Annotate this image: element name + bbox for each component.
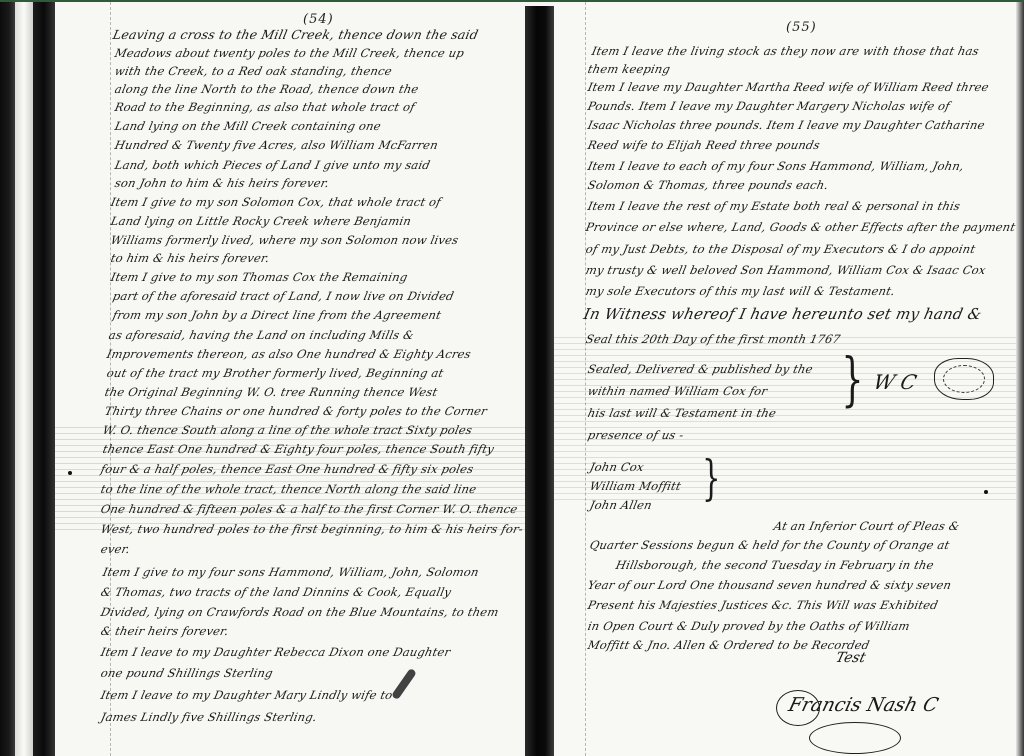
left-binding-gap	[15, 2, 33, 756]
witness-brace: }	[702, 454, 720, 502]
attestation-line: his last will & Testament in the	[587, 406, 778, 420]
text-line: Land, both which Pieces of Land I give u…	[114, 158, 432, 172]
left-binding-edge	[0, 2, 15, 756]
text-line: One hundred & fifteen poles & a half to …	[100, 502, 519, 516]
witness-name: John Allen	[589, 498, 654, 512]
text-line: my sole Executors of this my last will &…	[585, 284, 897, 298]
text-line: Hundred & Twenty five Acres, also Willia…	[114, 138, 440, 152]
text-line: as aforesaid, having the Land on includi…	[108, 328, 416, 342]
text-line: Item I give to my son Solomon Cox, that …	[110, 195, 443, 209]
text-line: Item I leave to each of my four Sons Ham…	[587, 159, 966, 173]
text-line: Thirty three Chains or one hundred & for…	[104, 404, 489, 418]
witness-name: John Cox	[589, 460, 646, 474]
top-border-rule	[0, 0, 1024, 2]
court-line: Present his Majesties Justices &c. This …	[587, 598, 940, 612]
text-line: James Lindly five Shillings Sterling.	[100, 710, 319, 724]
text-line: to him & his heirs forever.	[110, 251, 271, 265]
text-line: Land lying on the Mill Creek containing …	[114, 119, 383, 133]
text-line: Pounds. Item I leave my Daughter Margery…	[587, 99, 952, 113]
witness-name: William Moffitt	[589, 479, 683, 493]
text-line: thence East One hundred & Eighty four po…	[102, 442, 496, 456]
ink-dot	[984, 490, 988, 494]
text-line: Solomon & Thomas, three pounds each.	[587, 178, 830, 192]
text-line: Item I leave the rest of my Estate both …	[587, 199, 962, 213]
text-line: Road to the Beginning, as also that whol…	[114, 100, 417, 114]
text-line: to the line of the whole tract, thence N…	[100, 482, 478, 496]
page-number-left: (54)	[303, 12, 334, 27]
text-line: & their heirs forever.	[100, 624, 231, 638]
text-line: Province or else where, Land, Goods & ot…	[585, 220, 1016, 234]
text-line: Item I leave my Daughter Martha Reed wif…	[587, 80, 991, 94]
court-line: Moffitt & Jno. Allen & Ordered to be Rec…	[587, 638, 871, 652]
center-binding-gutter	[525, 6, 554, 756]
text-line: Item I leave to my Daughter Mary Lindly …	[100, 688, 394, 702]
signature-flourish	[776, 690, 820, 726]
attestation-brace: }	[841, 350, 863, 408]
text-line: Item I leave the living stock as they no…	[591, 44, 981, 58]
right-page: (55) Item I leave the living stock as th…	[554, 2, 1016, 756]
text-line: my trusty & well beloved Son Hammond, Wi…	[585, 263, 988, 277]
text-line: Seal this 20th Day of the first month 17…	[585, 332, 842, 346]
court-line: At an Inferior Court of Pleas &	[773, 519, 961, 533]
attestation-line: within named William Cox for	[587, 384, 769, 398]
signature-flourish	[809, 722, 901, 754]
text-line: Meadows about twenty poles to the Mill C…	[114, 46, 466, 60]
page-number-right: (55)	[786, 20, 817, 35]
text-line: Isaac Nicholas three pounds. Item I leav…	[587, 118, 987, 132]
text-line: one pound Shillings Sterling	[100, 666, 275, 680]
text-line: son John to him & his heirs forever.	[114, 176, 331, 190]
right-page-margin-rule	[585, 2, 586, 756]
text-line: Leaving a cross to the Mill Creek, thenc…	[112, 28, 480, 42]
text-line: Divided, lying on Crawfords Road on the …	[100, 605, 501, 619]
attestation-line: Sealed, Delivered & published by the	[587, 362, 815, 376]
text-line: Land lying on Little Rocky Creek where B…	[110, 214, 413, 228]
text-line: Williams formerly lived, where my son So…	[110, 233, 460, 247]
text-line: along the line North to the Road, thence…	[114, 82, 421, 96]
text-line: Item I give to my son Thomas Cox the Rem…	[110, 270, 409, 284]
text-line: out of the tract my Brother formerly liv…	[106, 366, 445, 380]
text-line: with the Creek, to a Red oak standing, t…	[114, 64, 394, 78]
court-line: Hillsborough, the second Tuesday in Febr…	[615, 558, 936, 572]
attestation-line: presence of us -	[587, 428, 686, 442]
wax-seal-icon	[934, 358, 994, 400]
text-line: Reed wife to Elijah Reed three pounds	[587, 138, 822, 152]
court-line: in Open Court & Duly proved by the Oaths…	[587, 619, 912, 633]
text-line: them keeping	[587, 62, 672, 76]
text-line: W. O. thence South along a line of the w…	[102, 423, 474, 437]
test-label: Test	[834, 650, 867, 666]
text-line: four & a half poles, thence East One hun…	[100, 462, 475, 476]
text-line: the Original Beginning W. O. tree Runnin…	[104, 385, 439, 399]
text-line: part of the aforesaid tract of Land, I n…	[112, 289, 456, 303]
right-page-edge	[1016, 2, 1024, 756]
left-binding-band	[33, 2, 55, 756]
court-line: Year of our Lord One thousand seven hund…	[587, 578, 953, 592]
text-line: from my son John by a Direct line from t…	[112, 308, 443, 322]
text-line: West, two hundred poles to the first beg…	[100, 522, 525, 536]
text-line: Improvements thereon, as also One hundre…	[106, 347, 473, 361]
text-line: Item I leave to my Daughter Rebecca Dixo…	[100, 645, 452, 659]
text-line: In Witness whereof I have hereunto set m…	[583, 307, 983, 321]
testator-mark: W C	[871, 370, 919, 394]
text-line: Item I give to my four sons Hammond, Wil…	[102, 565, 481, 579]
text-line: ever.	[100, 542, 132, 556]
ink-blot	[391, 668, 417, 700]
text-line: & Thomas, two tracts of the land Dinnins…	[100, 585, 453, 599]
text-line: of my Just Debts, to the Disposal of my …	[585, 242, 977, 256]
ink-dot	[68, 471, 72, 475]
court-line: Quarter Sessions begun & held for the Co…	[589, 538, 951, 552]
left-page: (54) Leaving a cross to the Mill Creek, …	[55, 2, 525, 756]
